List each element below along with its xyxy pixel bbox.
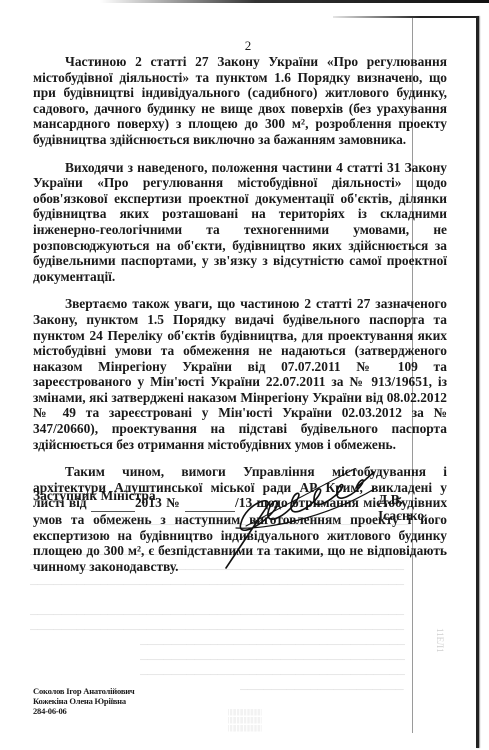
bleed-through-text: ────────────────────────────────── <box>140 668 410 683</box>
handwritten-signature-icon <box>206 468 386 578</box>
paragraph-2: Виходячи з наведеного, положення частини… <box>33 160 447 285</box>
executor-info: Соколов Ігор Анатолійович Кожекіна Олена… <box>33 686 135 716</box>
executor-name-1: Соколов Ігор Анатолійович <box>33 686 135 696</box>
scan-frame-right <box>476 16 479 748</box>
scan-frame-top <box>333 16 479 18</box>
bleed-through-text: ───────────────────── <box>240 683 410 698</box>
side-stamp: 11ЕЛ1 <box>435 628 445 678</box>
page-number: 2 <box>49 38 447 53</box>
bleed-through-text: ────────────────────────────────── <box>140 638 410 653</box>
scan-top-edge <box>100 0 489 3</box>
bleed-through-text: ────────────────────────────────────────… <box>30 608 410 623</box>
signature-block: Заступник Міністра Д.В. Ісаєнко <box>33 482 447 562</box>
executor-name-2: Кожекіна Олена Юріївна <box>33 696 135 706</box>
executor-phone: 284-06-06 <box>33 706 135 716</box>
registration-barcode: ||||||||||||||||||||||||||||||||||||||||… <box>185 708 305 748</box>
bleed-through-text: ────────────────────────────────── <box>140 653 410 668</box>
signatory-title: Заступник Міністра <box>33 488 156 504</box>
paragraph-3: Звертаємо також уваги, що частиною 2 ста… <box>33 296 447 452</box>
paragraph-1: Частиною 2 статті 27 Закону України «Про… <box>33 54 447 148</box>
signatory-name: Д.В. Ісаєнко <box>378 492 447 524</box>
bleed-through-text: ────────────────────────────────────────… <box>30 623 410 638</box>
